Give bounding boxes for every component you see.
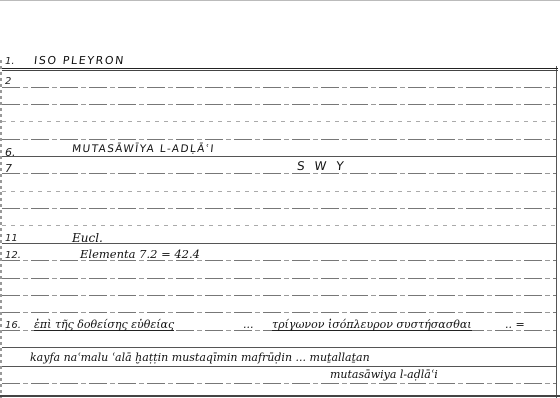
source-author: Eucl. (72, 232, 103, 244)
ruled-line (2, 104, 556, 105)
ruled-line (2, 383, 556, 384)
ruled-line (2, 191, 556, 192)
line-number-7: 7 (5, 162, 12, 175)
ruled-line (2, 347, 556, 348)
ruled-line (2, 295, 556, 296)
title-iso-pleyron: ISO PLEYRON (33, 55, 125, 66)
header-rule-bottom (2, 70, 558, 71)
line-number-16: 16. (5, 320, 21, 331)
ruled-line (2, 139, 556, 140)
ruled-line (2, 121, 556, 122)
ruled-line (2, 87, 556, 88)
ruled-line (2, 208, 556, 209)
line-number-2: 2 (5, 76, 11, 87)
greek-ellipsis: ... (243, 319, 254, 330)
greek-quote-part1: ἐπὶ τῆς δοθείσης εὐθείας (34, 319, 174, 331)
card-right-margin-rule (556, 66, 557, 398)
root-letters: S W Y (296, 160, 347, 172)
arabic-translation-line1: kayfa naʿmalu ʿalā ḫaṭṭin mustaqīmin maf… (30, 352, 370, 363)
line-number-1: 1. (5, 56, 15, 67)
card-top-edge (0, 0, 560, 1)
index-card: 1. 2 6. 7 11 12. 16. ISO PLEYRON MUTASĀW… (0, 0, 560, 398)
ruled-line (2, 312, 556, 313)
header-rule-top (2, 68, 558, 69)
ruled-line (2, 366, 556, 367)
card-bottom-edge (0, 395, 560, 397)
greek-equals: .. = (505, 319, 525, 330)
source-reference: Elementa 7.2 = 42.4 (80, 249, 200, 261)
ruled-line (2, 156, 556, 157)
line-number-11: 11 (5, 233, 18, 244)
ruled-line (2, 225, 556, 226)
arabic-translation-line2: mutasāwiya l-aḍlāʿi (330, 369, 438, 380)
ruled-line (2, 173, 556, 174)
arabic-term-caps: MUTASĀWĪYA L-ADḶĀʿI (71, 144, 215, 155)
greek-quote-part2: τρίγωνον ἰσόπλευρον συστήσασθαι (272, 319, 472, 331)
line-number-12: 12. (5, 250, 21, 261)
ruled-line (2, 278, 556, 279)
line-number-6: 6. (5, 146, 16, 159)
